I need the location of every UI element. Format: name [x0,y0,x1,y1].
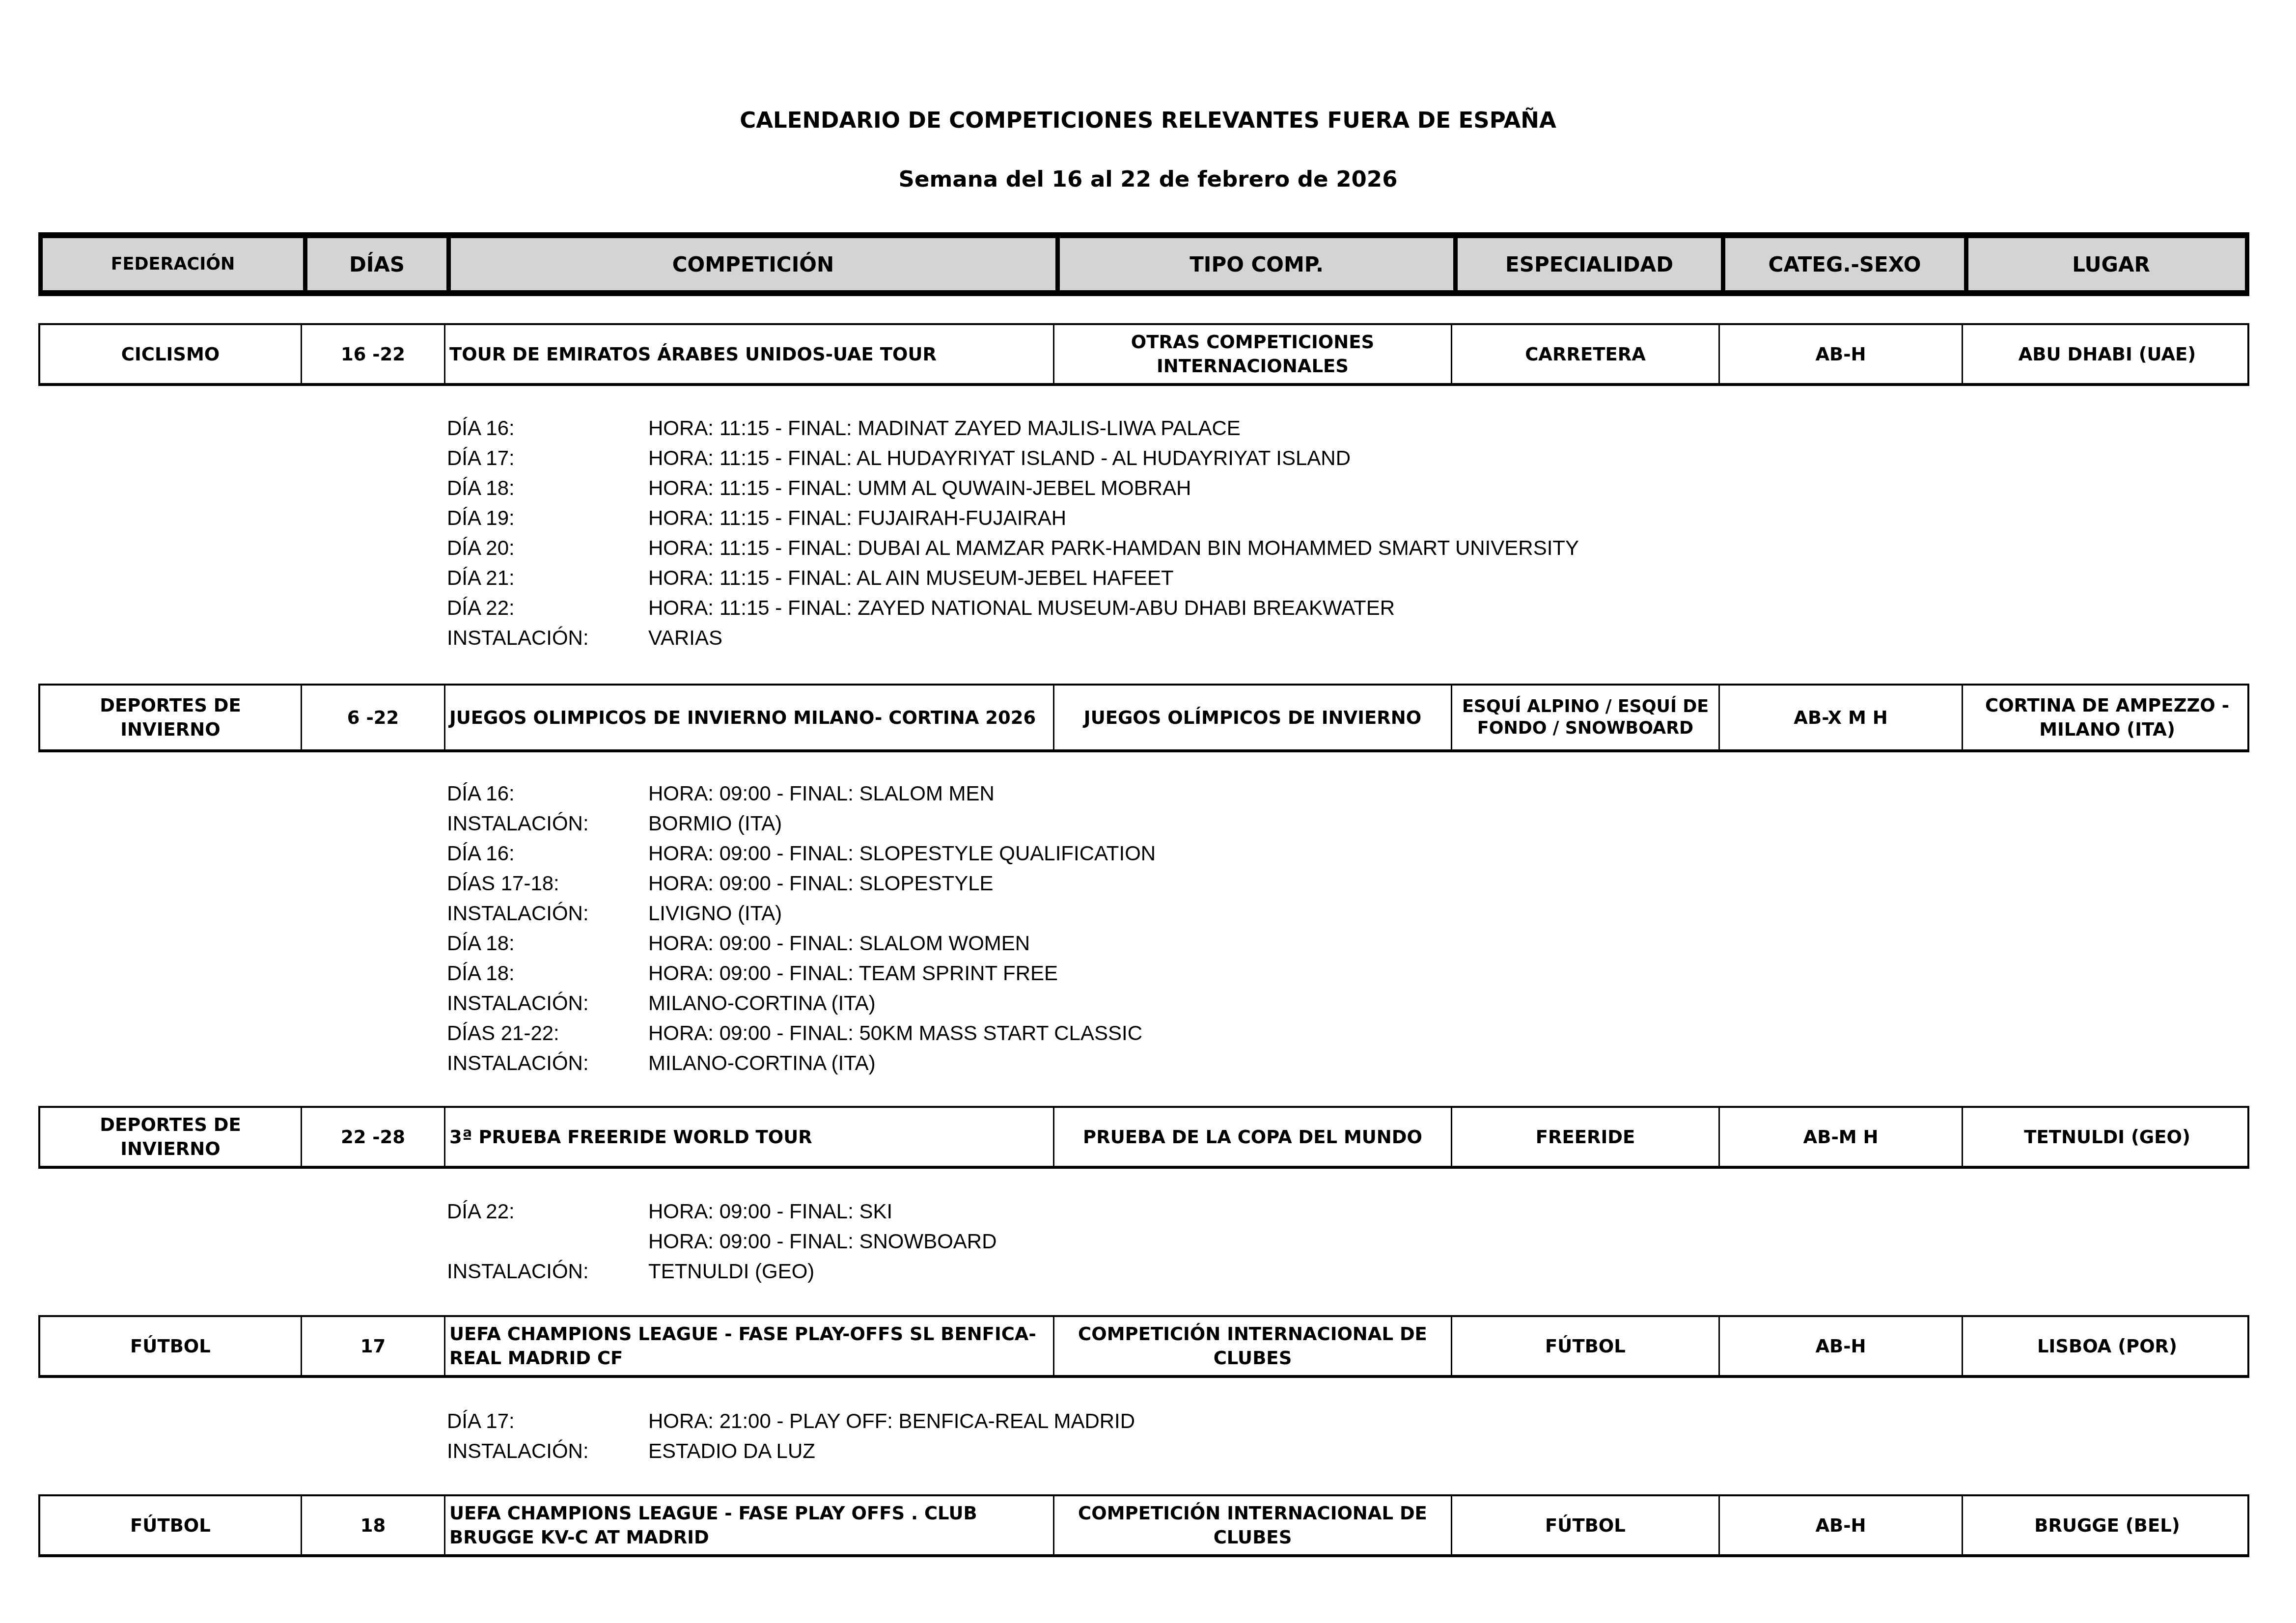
event-competicion: UEFA CHAMPIONS LEAGUE - FASE PLAY-OFFS S… [444,1317,1053,1375]
schedule-line: DÍA 17:HORA: 11:15 - FINAL: AL HUDAYRIYA… [447,443,1579,473]
schedule-line: DÍA 22:HORA: 11:15 - FINAL: ZAYED NATION… [447,593,1579,623]
event-details: DÍA 22:HORA: 09:00 - FINAL: SKIHORA: 09:… [447,1196,997,1286]
schedule-line: DÍA 18:HORA: 11:15 - FINAL: UMM AL QUWAI… [447,473,1579,503]
schedule-value: HORA: 11:15 - FINAL: DUBAI AL MAMZAR PAR… [648,536,1579,560]
event-competicion: UEFA CHAMPIONS LEAGUE - FASE PLAY OFFS .… [444,1496,1053,1554]
event-federacion: FÚTBOL [40,1317,301,1375]
schedule-value: HORA: 11:15 - FINAL: MADINAT ZAYED MAJLI… [648,416,1241,440]
schedule-value: HORA: 09:00 - FINAL: SLOPESTYLE [648,872,994,895]
event-categ-sexo: AB-H [1718,1317,1962,1375]
event-lugar: LISBOA (POR) [1962,1317,2251,1375]
schedule-value: HORA: 11:15 - FINAL: ZAYED NATIONAL MUSE… [648,596,1395,620]
schedule-line: INSTALACIÓN:MILANO-CORTINA (ITA) [447,988,1156,1018]
schedule-line: INSTALACIÓN:ESTADIO DA LUZ [447,1436,1135,1466]
schedule-label: INSTALACIÓN: [447,1051,648,1075]
schedule-value: HORA: 09:00 - FINAL: SLALOM WOMEN [648,932,1030,955]
event-details: DÍA 17:HORA: 21:00 - PLAY OFF: BENFICA-R… [447,1406,1135,1466]
schedule-line: DÍAS 21-22:HORA: 09:00 - FINAL: 50KM MAS… [447,1018,1156,1048]
event-lugar: TETNULDI (GEO) [1962,1108,2251,1166]
event-categ-sexo: AB-M H [1718,1108,1962,1166]
schedule-value: HORA: 09:00 - FINAL: TEAM SPRINT FREE [648,962,1058,985]
event-especialidad: FREERIDE [1451,1108,1718,1166]
schedule-value: HORA: 21:00 - PLAY OFF: BENFICA-REAL MAD… [648,1409,1135,1433]
event-especialidad: FÚTBOL [1451,1496,1718,1554]
schedule-label: DÍA 17: [447,446,648,470]
event-competicion: 3ª PRUEBA FREERIDE WORLD TOUR [444,1108,1053,1166]
schedule-label: INSTALACIÓN: [447,991,648,1015]
schedule-value: BORMIO (ITA) [648,812,782,835]
schedule-label: DÍA 20: [447,536,648,560]
schedule-value: VARIAS [648,626,722,650]
schedule-label: DÍA 18: [447,476,648,500]
schedule-label: DÍA 18: [447,932,648,955]
event-especialidad: CARRETERA [1451,325,1718,383]
schedule-value: HORA: 11:15 - FINAL: UMM AL QUWAIN-JEBEL… [648,476,1191,500]
schedule-line: INSTALACIÓN:MILANO-CORTINA (ITA) [447,1048,1156,1078]
event-details: DÍA 16:HORA: 11:15 - FINAL: MADINAT ZAYE… [447,413,1579,653]
schedule-label: INSTALACIÓN: [447,812,648,835]
schedule-value: LIVIGNO (ITA) [648,902,782,925]
event-lugar: ABU DHABI (UAE) [1962,325,2251,383]
schedule-label: DÍA 21: [447,566,648,590]
schedule-line: INSTALACIÓN:LIVIGNO (ITA) [447,898,1156,928]
schedule-label: DÍA 16: [447,416,648,440]
header-lugar: LUGAR [1964,238,2254,290]
event-tipo: JUEGOS OLÍMPICOS DE INVIERNO [1053,686,1451,749]
schedule-value: HORA: 09:00 - FINAL: SLOPESTYLE QUALIFIC… [648,842,1156,865]
event-federacion: DEPORTES DE INVIERNO [40,686,301,749]
event-especialidad: ESQUÍ ALPINO / ESQUÍ DE FONDO / SNOWBOAR… [1451,686,1718,749]
document-subtitle: Semana del 16 al 22 de febrero de 2026 [0,166,2296,192]
event-row-juegos-olimpicos: DEPORTES DE INVIERNO 6 -22 JUEGOS OLIMPI… [38,684,2249,752]
header-categ-sexo: CATEG.-SEXO [1721,238,1964,290]
event-federacion: CICLISMO [40,325,301,383]
schedule-label: DÍAS 17-18: [447,872,648,895]
event-row-ciclismo: CICLISMO 16 -22 TOUR DE EMIRATOS ÁRABES … [38,323,2249,386]
event-row-freeride: DEPORTES DE INVIERNO 22 -28 3ª PRUEBA FR… [38,1106,2249,1169]
schedule-line: DÍA 18:HORA: 09:00 - FINAL: TEAM SPRINT … [447,958,1156,988]
schedule-value: MILANO-CORTINA (ITA) [648,1051,876,1075]
event-dias: 17 [301,1317,444,1375]
event-categ-sexo: AB-X M H [1718,686,1962,749]
schedule-label: DÍA 22: [447,1200,648,1223]
schedule-line: DÍA 22:HORA: 09:00 - FINAL: SKI [447,1196,997,1226]
event-lugar: CORTINA DE AMPEZZO - MILANO (ITA) [1962,686,2251,749]
schedule-value: TETNULDI (GEO) [648,1260,814,1283]
event-lugar: BRUGGE (BEL) [1962,1496,2251,1554]
schedule-line: DÍA 16:HORA: 09:00 - FINAL: SLALOM MEN [447,778,1156,808]
schedule-value: HORA: 11:15 - FINAL: FUJAIRAH-FUJAIRAH [648,506,1066,530]
event-dias: 16 -22 [301,325,444,383]
schedule-line: DÍAS 17-18:HORA: 09:00 - FINAL: SLOPESTY… [447,868,1156,898]
schedule-line: DÍA 19:HORA: 11:15 - FINAL: FUJAIRAH-FUJ… [447,503,1579,533]
schedule-label: DÍA 16: [447,842,648,865]
header-tipo-comp: TIPO COMP. [1055,238,1453,290]
table-header: FEDERACIÓN DÍAS COMPETICIÓN TIPO COMP. E… [38,232,2249,296]
schedule-label: DÍA 19: [447,506,648,530]
event-categ-sexo: AB-H [1718,325,1962,383]
schedule-value: HORA: 09:00 - FINAL: SKI [648,1200,892,1223]
schedule-label: DÍA 16: [447,782,648,805]
schedule-label: INSTALACIÓN: [447,1439,648,1463]
header-competicion: COMPETICIÓN [446,238,1055,290]
schedule-value: MILANO-CORTINA (ITA) [648,991,876,1015]
schedule-label: INSTALACIÓN: [447,626,648,650]
schedule-line: INSTALACIÓN:TETNULDI (GEO) [447,1256,997,1286]
schedule-label: INSTALACIÓN: [447,902,648,925]
schedule-value: HORA: 09:00 - FINAL: SLALOM MEN [648,782,995,805]
schedule-value: ESTADIO DA LUZ [648,1439,815,1463]
schedule-line: DÍA 18:HORA: 09:00 - FINAL: SLALOM WOMEN [447,928,1156,958]
event-details: DÍA 16:HORA: 09:00 - FINAL: SLALOM MENIN… [447,778,1156,1078]
schedule-label: DÍA 17: [447,1409,648,1433]
event-federacion: DEPORTES DE INVIERNO [40,1108,301,1166]
schedule-line: INSTALACIÓN:BORMIO (ITA) [447,808,1156,838]
header-federacion: FEDERACIÓN [43,238,303,290]
event-federacion: FÚTBOL [40,1496,301,1554]
schedule-label: DÍAS 21-22: [447,1021,648,1045]
schedule-line: DÍA 17:HORA: 21:00 - PLAY OFF: BENFICA-R… [447,1406,1135,1436]
event-dias: 6 -22 [301,686,444,749]
header-especialidad: ESPECIALIDAD [1453,238,1721,290]
event-categ-sexo: AB-H [1718,1496,1962,1554]
header-dias: DÍAS [303,238,446,290]
event-tipo: COMPETICIÓN INTERNACIONAL DE CLUBES [1053,1317,1451,1375]
schedule-label: DÍA 22: [447,596,648,620]
event-tipo: COMPETICIÓN INTERNACIONAL DE CLUBES [1053,1496,1451,1554]
schedule-value: HORA: 11:15 - FINAL: AL HUDAYRIYAT ISLAN… [648,446,1351,470]
schedule-line: INSTALACIÓN:VARIAS [447,623,1579,653]
schedule-line: DÍA 16:HORA: 09:00 - FINAL: SLOPESTYLE Q… [447,838,1156,868]
event-tipo: OTRAS COMPETICIONES INTERNACIONALES [1053,325,1451,383]
schedule-line: DÍA 21:HORA: 11:15 - FINAL: AL AIN MUSEU… [447,563,1579,593]
schedule-value: HORA: 09:00 - FINAL: 50KM MASS START CLA… [648,1021,1142,1045]
event-row-benfica-real-madrid: FÚTBOL 17 UEFA CHAMPIONS LEAGUE - FASE P… [38,1315,2249,1378]
event-competicion: TOUR DE EMIRATOS ÁRABES UNIDOS-UAE TOUR [444,325,1053,383]
schedule-line: DÍA 16:HORA: 11:15 - FINAL: MADINAT ZAYE… [447,413,1579,443]
event-especialidad: FÚTBOL [1451,1317,1718,1375]
schedule-line: HORA: 09:00 - FINAL: SNOWBOARD [447,1226,997,1256]
event-dias: 18 [301,1496,444,1554]
event-dias: 22 -28 [301,1108,444,1166]
event-row-brugge-atletico: FÚTBOL 18 UEFA CHAMPIONS LEAGUE - FASE P… [38,1494,2249,1557]
document-title: CALENDARIO DE COMPETICIONES RELEVANTES F… [0,107,2296,133]
schedule-label: INSTALACIÓN: [447,1260,648,1283]
schedule-value: HORA: 11:15 - FINAL: AL AIN MUSEUM-JEBEL… [648,566,1174,590]
event-competicion: JUEGOS OLIMPICOS DE INVIERNO MILANO- COR… [444,686,1053,749]
schedule-line: DÍA 20:HORA: 11:15 - FINAL: DUBAI AL MAM… [447,533,1579,563]
schedule-label: DÍA 18: [447,962,648,985]
event-tipo: PRUEBA DE LA COPA DEL MUNDO [1053,1108,1451,1166]
schedule-value: HORA: 09:00 - FINAL: SNOWBOARD [648,1230,997,1253]
